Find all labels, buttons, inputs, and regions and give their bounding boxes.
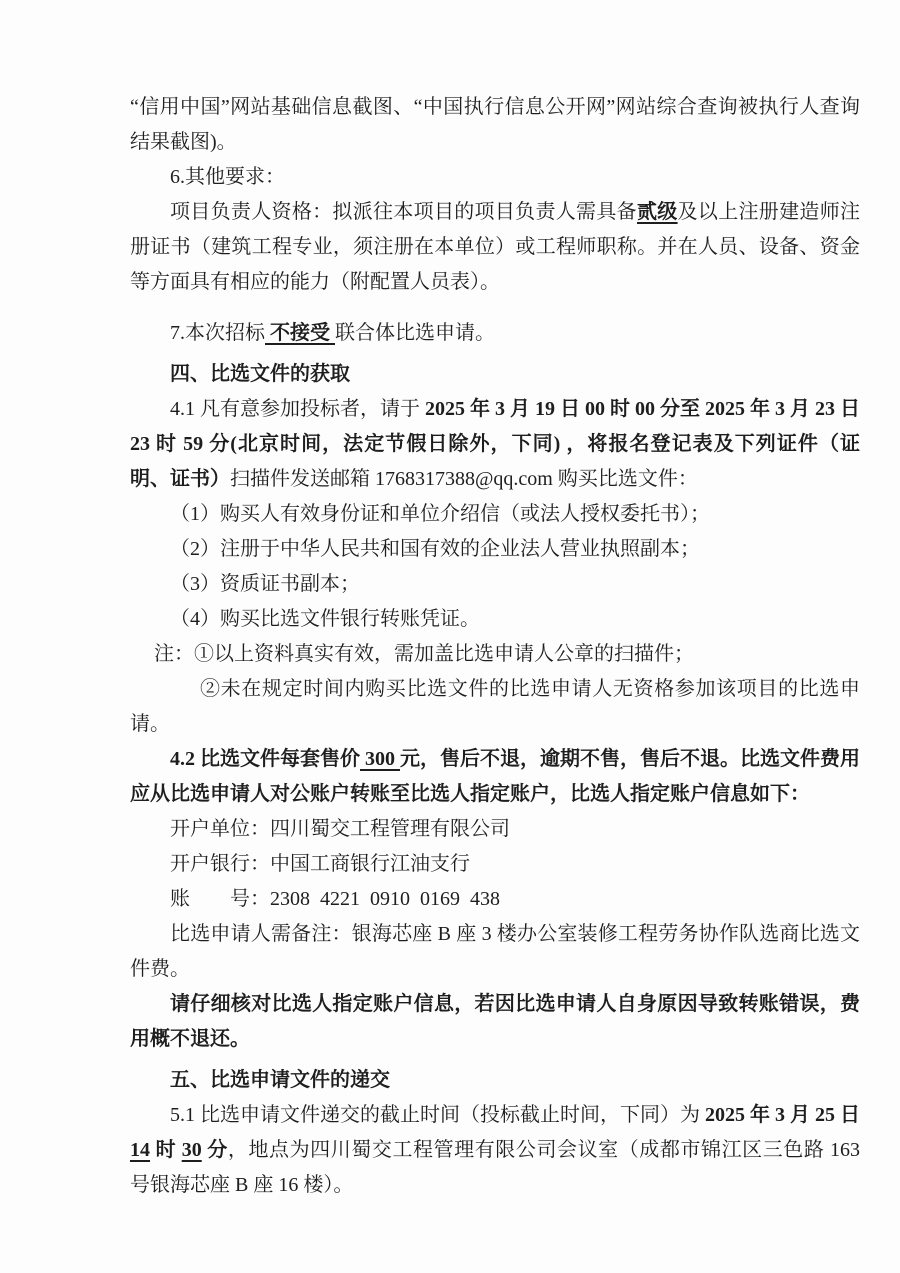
document-page: “信用中国”网站基础信息截图、“中国执行信息公开网”网站综合查询被执行人查询结果… bbox=[0, 0, 900, 1273]
text-run: （4）购买比选文件银行转账凭证。 bbox=[170, 608, 480, 630]
text-run: ②未在规定时间内购买比选文件的比选申请人无资格参加该项目的比选申请。 bbox=[130, 678, 860, 735]
para-doc-item-4: （4）购买比选文件银行转账凭证。 bbox=[130, 602, 860, 637]
para-verify-warning: 请仔细核对比选人指定账户信息，若因比选申请人自身原因导致转账错误，费用概不退还。 bbox=[130, 987, 860, 1057]
text-run: 30 bbox=[182, 1139, 202, 1161]
text-run: 比选申请人需备注：银海芯座 B 座 3 楼办公室装修工程劳务协作队选商比选文件费… bbox=[130, 923, 860, 980]
text-run: 7.本次招标 bbox=[170, 322, 265, 344]
para-remark-note: 比选申请人需备注：银海芯座 B 座 3 楼办公室装修工程劳务协作队选商比选文件费… bbox=[130, 917, 860, 987]
para-5-1-deadline: 5.1 比选申请文件递交的截止时间（投标截止时间，下同）为 2025 年 3 月… bbox=[130, 1098, 860, 1203]
para-4-2-price: 4.2 比选文件每套售价 300 元，售后不退，逾期不售，售后不退。比选文件费用… bbox=[130, 742, 860, 812]
text-run: 时 bbox=[150, 1139, 182, 1161]
text-run: 联合体比选申请。 bbox=[335, 322, 495, 344]
text-run: 账 号：2308 4221 0910 0169 438 bbox=[170, 888, 500, 910]
heading-section4-obtain-documents: 四、比选文件的获取 bbox=[130, 357, 860, 392]
text-run: 2025 年 3 月 25 日 bbox=[705, 1104, 865, 1126]
text-run: 300 bbox=[360, 748, 400, 770]
para-doc-item-2: （2）注册于中华人民共和国有效的企业法人营业执照副本； bbox=[130, 532, 860, 567]
text-run: 6.其他要求： bbox=[170, 166, 285, 188]
para-item6-other-requirements: 6.其他要求： bbox=[130, 160, 860, 195]
text-run: 贰级 bbox=[637, 201, 678, 223]
text-run: 开户单位：四川蜀交工程管理有限公司 bbox=[170, 818, 510, 840]
para-account-number: 账 号：2308 4221 0910 0169 438 bbox=[130, 882, 860, 917]
text-run: 开户银行：中国工商银行江油支行 bbox=[170, 853, 470, 875]
text-run: ，地点为四川蜀交工程管理有限公司会议室（成都市锦江区三色路 163 号银海芯座 … bbox=[130, 1139, 865, 1196]
text-run: 请仔细核对比选人指定账户信息，若因比选申请人自身原因导致转账错误，费用概不退还。 bbox=[130, 993, 860, 1050]
text-run: 14 bbox=[130, 1139, 150, 1161]
para-doc-item-3: （3）资质证书副本； bbox=[130, 567, 860, 602]
text-run: 四、比选文件的获取 bbox=[170, 363, 350, 385]
text-run: 扫描件发送邮箱 1768317388@qq.com 购买比选文件： bbox=[230, 468, 698, 490]
text-run: （1）购买人有效身份证和单位介绍信（或法人授权委托书）； bbox=[170, 503, 710, 525]
document-body: “信用中国”网站基础信息截图、“中国执行信息公开网”网站综合查询被执行人查询结果… bbox=[130, 90, 860, 1203]
para-item7-no-consortium: 7.本次招标 不接受 联合体比选申请。 bbox=[130, 316, 860, 351]
text-run: 分 bbox=[202, 1139, 228, 1161]
text-run: （3）资质证书副本； bbox=[170, 573, 360, 595]
text-run: （2）注册于中华人民共和国有效的企业法人营业执照副本； bbox=[170, 538, 700, 560]
para-account-bank: 开户银行：中国工商银行江油支行 bbox=[130, 847, 860, 882]
text-run: 4.1 凡有意参加投标者，请于 bbox=[170, 398, 425, 420]
para-screenshot-note: “信用中国”网站基础信息截图、“中国执行信息公开网”网站综合查询被执行人查询结果… bbox=[130, 90, 860, 160]
para-pm-qualification: 项目负责人资格：拟派往本项目的项目负责人需具备贰级及以上注册建造师注册证书（建筑… bbox=[130, 195, 860, 300]
text-run: 注：①以上资料真实有效，需加盖比选申请人公章的扫描件； bbox=[154, 643, 694, 665]
para-note-2: ②未在规定时间内购买比选文件的比选申请人无资格参加该项目的比选申请。 bbox=[130, 672, 860, 742]
text-run: 不接受 bbox=[265, 322, 335, 344]
para-account-unit: 开户单位：四川蜀交工程管理有限公司 bbox=[130, 812, 860, 847]
para-note-1: 注：①以上资料真实有效，需加盖比选申请人公章的扫描件； bbox=[130, 637, 860, 672]
heading-section5-submit-documents: 五、比选申请文件的递交 bbox=[130, 1063, 860, 1098]
text-run: 项目负责人资格：拟派往本项目的项目负责人需具备 bbox=[170, 201, 637, 223]
text-run: 五、比选申请文件的递交 bbox=[170, 1069, 390, 1091]
para-doc-item-1: （1）购买人有效身份证和单位介绍信（或法人授权委托书）； bbox=[130, 497, 860, 532]
text-run: 4.2 比选文件每套售价 bbox=[170, 748, 360, 770]
para-4-1-registration: 4.1 凡有意参加投标者，请于 2025 年 3 月 19 日 00 时 00 … bbox=[130, 392, 860, 497]
text-run: 5.1 比选申请文件递交的截止时间（投标截止时间，下同）为 bbox=[170, 1104, 705, 1126]
text-run: “信用中国”网站基础信息截图、“中国执行信息公开网”网站综合查询被执行人查询结果… bbox=[130, 96, 860, 153]
